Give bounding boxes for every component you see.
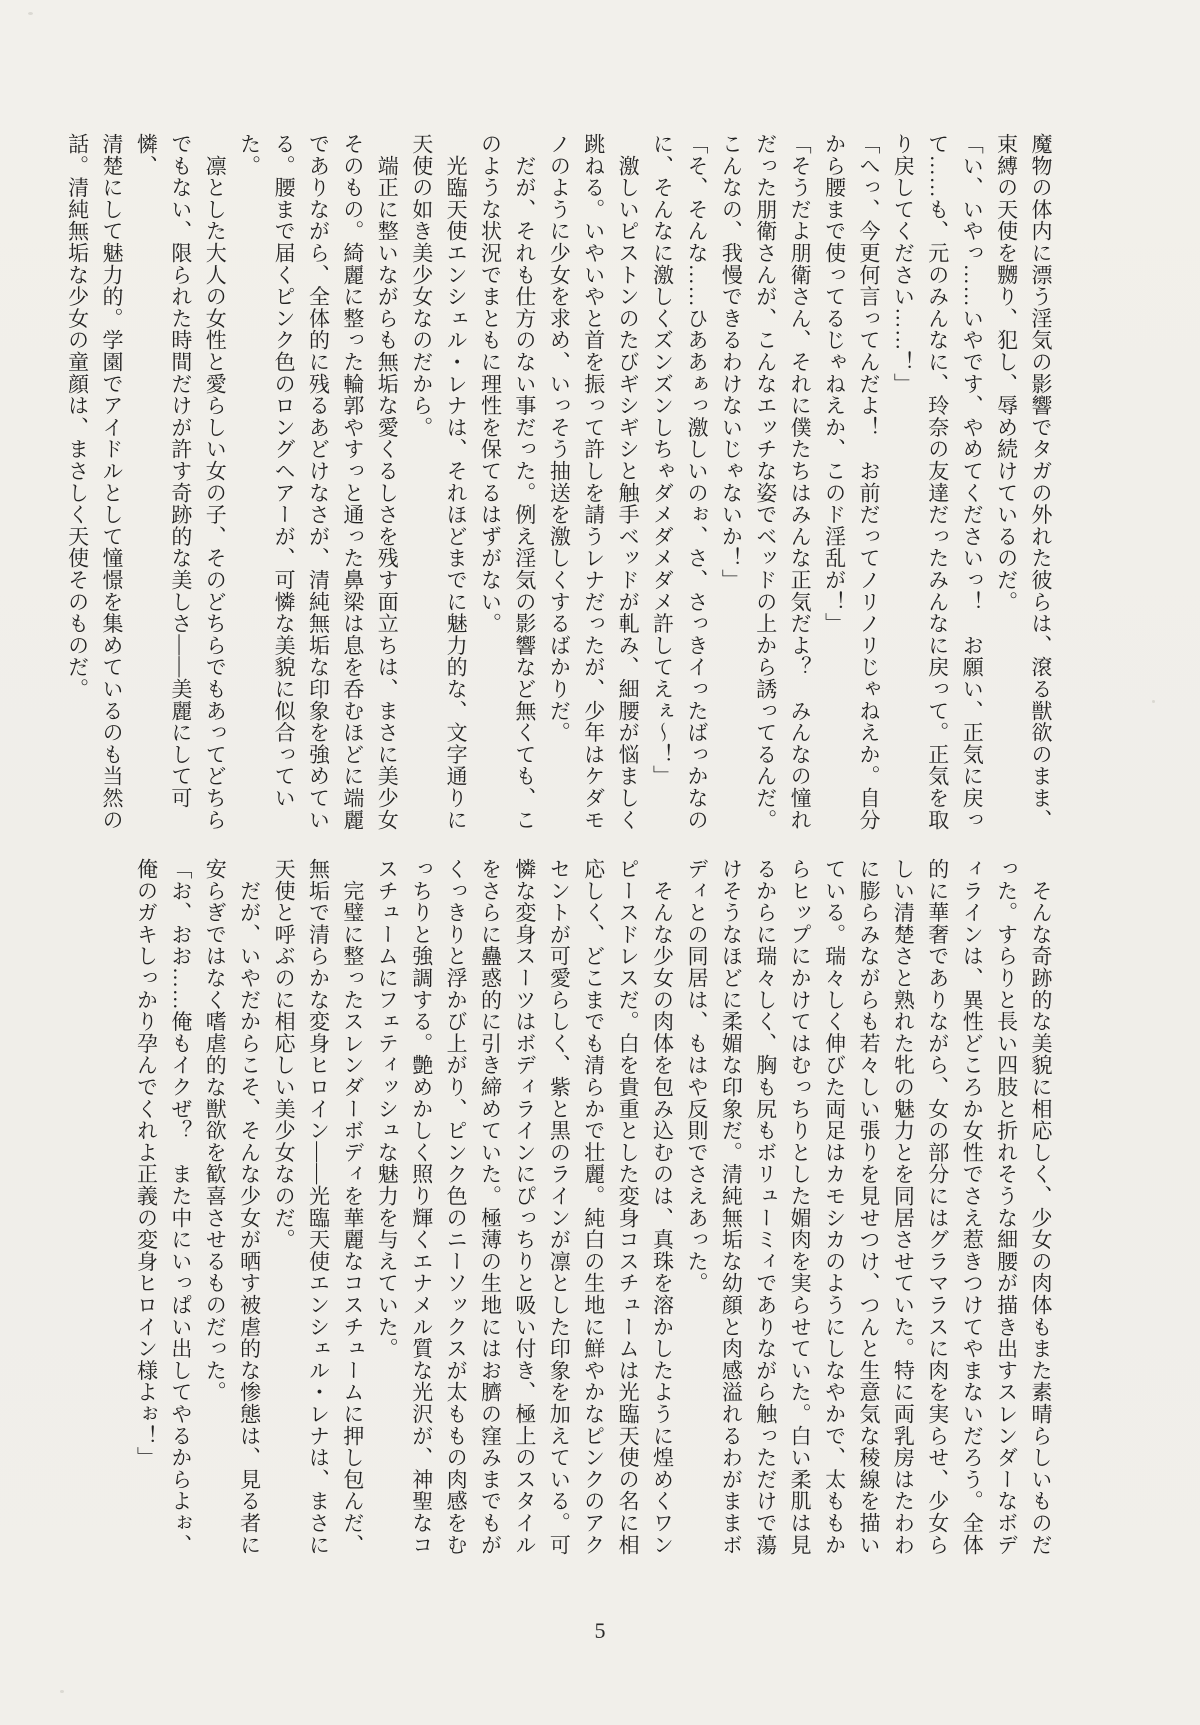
text-column: 完璧に整ったスレンダーボディを華麗なコスチュームに押し包んだ、 (335, 858, 369, 1566)
text-column: 俺のガキしっかり孕んでくれよ正義の変身ヒロイン様よぉ！」 (129, 858, 163, 1566)
text-column: ノのように少女を求め、いっそう抽送を激しくするばかりだ。 (542, 133, 576, 835)
text-column: 清楚にして魅力的。学園でアイドルとして憧憬を集めているのも当然の (95, 133, 129, 835)
text-column: こんなの、我慢できるわけないじゃないか！」 (714, 133, 748, 835)
text-column: 激しいピストンのたびギシギシと触手ベッドが軋み、細腰が悩ましく (611, 133, 645, 835)
text-column: 話。清純無垢な少女の童顔は、まさしく天使そのものだ。 (60, 133, 94, 835)
text-column: から腰まで使ってるじゃねえか、このド淫乱が！」 (817, 133, 851, 835)
text-column: 端正に整いながらも無垢な愛くるしさを残す面立ちは、まさに美少女 (370, 133, 404, 835)
text-column: 魔物の体内に漂う淫気の影響でタガの外れた彼らは、滾る獣欲のまま、 (1024, 133, 1058, 835)
text-column: でありながら、全体的に残るあどけなさが、清純無垢な印象を強めてい (301, 133, 335, 835)
text-column: のような状況でまともに理性を保てるはずがない。 (473, 133, 507, 835)
bottom-text-block: そんな奇跡的な美貌に相応しく、少女の肉体もまた素晴らしいものだった。すらりと長い… (129, 858, 1058, 1566)
text-column: 天使の如き美少女なのだから。 (404, 133, 438, 835)
scan-speck (28, 12, 33, 15)
text-column: 「そうだよ朋衛さん、それに僕たちはみんな正気だよ？ みんなの憧れ (783, 133, 817, 835)
text-column: でもない、限られた時間だけが許す奇跡的な美しさ――美麗にして可憐、 (129, 133, 198, 835)
page-number: 5 (0, 1618, 1200, 1644)
text-column: った。すらりと長い四肢と折れそうな細腰が描き出すスレンダーなボデ (989, 858, 1023, 1566)
text-column: 安らぎではなく嗜虐的な獣欲を歓喜させるものだった。 (198, 858, 232, 1566)
text-column: 応しく、どこまでも清らかで壮麗。純白の生地に鮮やかなピンクのアク (576, 858, 610, 1566)
text-column: るからに瑞々しく、胸も尻もボリューミィでありながら触っただけで蕩 (748, 858, 782, 1566)
text-column: 無垢で清らかな変身ヒロイン――光臨天使エンシェル・レナは、まさに (301, 858, 335, 1566)
text-column: て……も、元のみんなに、玲奈の友達だったみんなに戻って。正気を取 (920, 133, 954, 835)
text-column: 光臨天使エンシェル・レナは、それほどまでに魅力的な、文字通りに (439, 133, 473, 835)
text-column: 憐な変身スーツはボディラインにぴっちりと吸い付き、極上のスタイル (508, 858, 542, 1566)
text-column: だった朋衛さんが、こんなエッチな姿でベッドの上から誘ってるんだ。 (748, 133, 782, 835)
text-column: くっきりと浮かび上がり、ピンク色のニーソックスが太ももの肉感をむ (439, 858, 473, 1566)
text-column: る。腰まで届くピンク色のロングヘアーが、可憐な美貌に似合っていた。 (232, 133, 301, 835)
text-column: ピースドレスだ。白を貴重とした変身コスチュームは光臨天使の名に相 (611, 858, 645, 1566)
text-column: に、そんなに激しくズンズンしちゃダメダメダメ許してえぇ～！」 (645, 133, 679, 835)
text-column: セントが可愛らしく、紫と黒のラインが凛とした印象を加えている。可 (542, 858, 576, 1566)
scan-speck (1152, 700, 1155, 703)
text-column: 凛とした大人の女性と愛らしい女の子、そのどちらでもあってどちら (198, 133, 232, 835)
text-column: 「い、いやっ……いやです、やめてくださいっ！ お願い、正気に戻っ (955, 133, 989, 835)
text-column: だが、いやだからこそ、そんな少女が晒す被虐的な惨態は、見る者に (232, 858, 266, 1566)
text-column: り戻してください……！」 (886, 133, 920, 835)
text-column: そのもの。綺麗に整った輪郭やすっと通った鼻梁は息を呑むほどに端麗 (335, 133, 369, 835)
text-column: スチュームにフェティッシュな魅力を与えていた。 (370, 858, 404, 1566)
text-column: けそうなほどに柔媚な印象だ。清純無垢な幼顔と肉感溢れるわがままボ (714, 858, 748, 1566)
text-column: っちりと強調する。艶めかしく照り輝くエナメル質な光沢が、神聖なコ (404, 858, 438, 1566)
novel-page: 魔物の体内に漂う淫気の影響でタガの外れた彼らは、滾る獣欲のまま、束縛の天使を嬲り… (0, 0, 1200, 1725)
text-column: 的に華奢でありながら、女の部分にはグラマラスに肉を実らせ、少女ら (920, 858, 954, 1566)
text-column: しい清楚さと熟れた牝の魅力とを同居させていた。特に両乳房はたわわ (886, 858, 920, 1566)
text-column: をさらに蠱惑的に引き締めていた。極薄の生地にはお臍の窪みまでもが (473, 858, 507, 1566)
text-column: だが、それも仕方のない事だった。例え淫気の影響など無くても、こ (508, 133, 542, 835)
text-column: 「お、おお……俺もイクぜ？ また中にいっぱい出してやるからよぉ、 (163, 858, 197, 1566)
text-column: そんな奇跡的な美貌に相応しく、少女の肉体もまた素晴らしいものだ (1024, 858, 1058, 1566)
text-column: 跳ねる。いやいやと首を振って許しを請うレナだったが、少年はケダモ (576, 133, 610, 835)
text-column: 束縛の天使を嬲り、犯し、辱め続けているのだ。 (989, 133, 1023, 835)
text-column: ディとの同居は、もはや反則でさえあった。 (680, 858, 714, 1566)
text-column: らヒップにかけてはむっちりとした媚肉を実らせていた。白い柔肌は見 (783, 858, 817, 1566)
text-column: そんな少女の肉体を包み込むのは、真珠を溶かしたように煌めくワン (645, 858, 679, 1566)
text-column: 「そ、そんな……ひああぁっ激しいのぉ、さ、さっきイったばっかなの (680, 133, 714, 835)
text-column: 「へっ、今更何言ってんだよ！ お前だってノリノリじゃねえか。自分 (852, 133, 886, 835)
text-column: 天使と呼ぶのに相応しい美少女なのだ。 (267, 858, 301, 1566)
scan-speck (60, 1690, 64, 1693)
text-column: に膨らみながらも若々しい張りを見せつけ、つんと生意気な稜線を描い (852, 858, 886, 1566)
text-column: ている。瑞々しく伸びた両足はカモシカのようにしなやかで、太ももか (817, 858, 851, 1566)
top-text-block: 魔物の体内に漂う淫気の影響でタガの外れた彼らは、滾る獣欲のまま、束縛の天使を嬲り… (60, 133, 1058, 835)
text-column: ィラインは、異性どころか女性でさえ惹きつけてやまないだろう。全体 (955, 858, 989, 1566)
